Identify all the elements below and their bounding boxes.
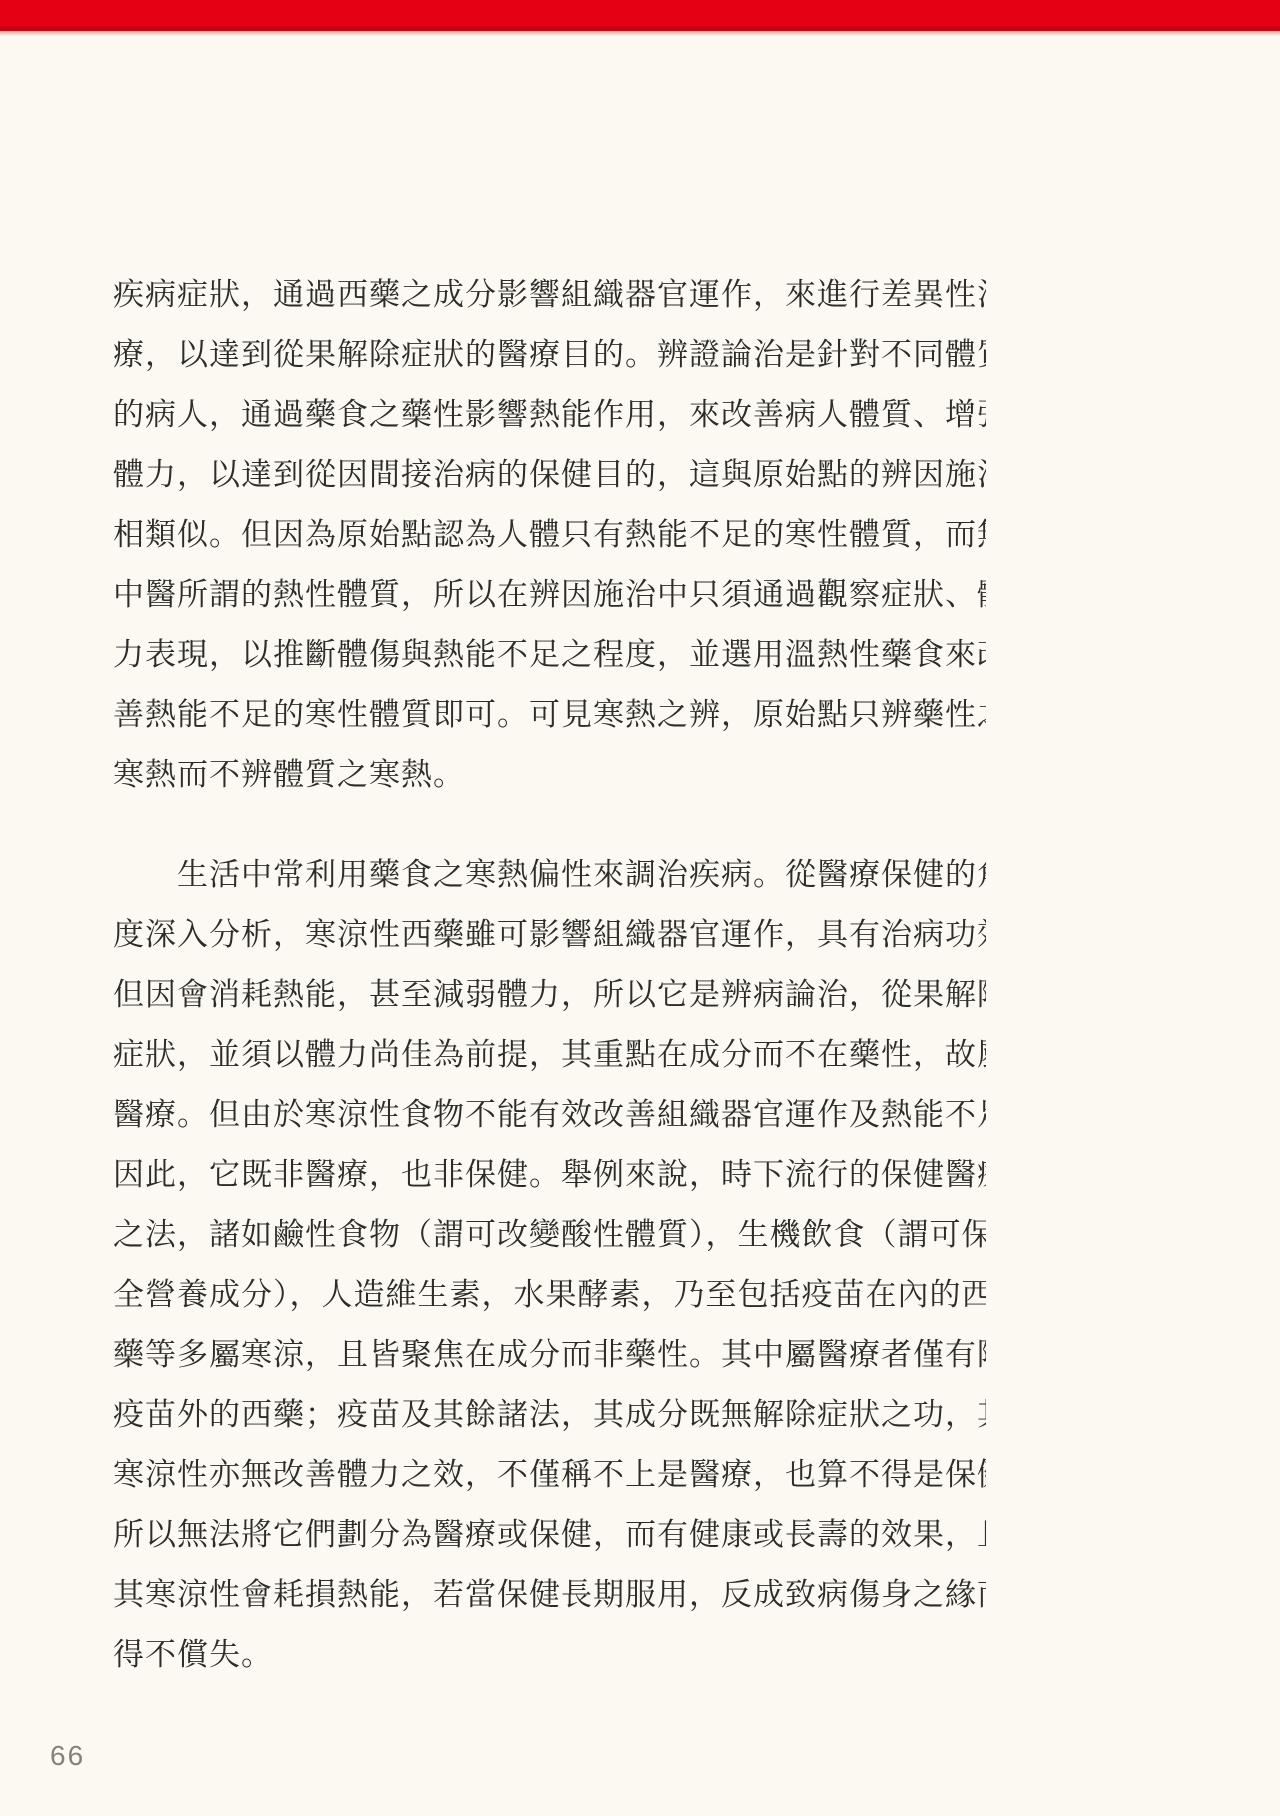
text-line: 力表現，以推斷體傷與熱能不足之程度，並選用溫熱性藥食來改 xyxy=(113,625,986,685)
text-line: 其寒涼性會耗損熱能，若當保健長期服用，反成致病傷身之緣而 xyxy=(113,1565,986,1625)
text-line: 之法，諸如鹼性食物（謂可改變酸性體質），生機飲食（謂可保 xyxy=(113,1205,986,1265)
text-line: 度深入分析，寒涼性西藥雖可影響組織器官運作，具有治病功效， xyxy=(113,905,986,965)
text-line: 得不償失。 xyxy=(113,1625,986,1685)
text-line: 但因會消耗熱能，甚至減弱體力，所以它是辨病論治，從果解除 xyxy=(113,965,986,1025)
paragraph-1: 疾病症狀，通過西藥之成分影響組織器官運作，來進行差異性治 療，以達到從果解除症狀… xyxy=(113,265,986,805)
text-line: 相類似。但因為原始點認為人體只有熱能不足的寒性體質，而無 xyxy=(113,505,986,565)
page-text-block: 疾病症狀，通過西藥之成分影響組織器官運作，來進行差異性治 療，以達到從果解除症狀… xyxy=(113,265,986,1685)
text-line: 中醫所謂的熱性體質，所以在辨因施治中只須通過觀察症狀、體 xyxy=(113,565,986,625)
text-line: 療，以達到從果解除症狀的醫療目的。辨證論治是針對不同體質 xyxy=(113,325,986,385)
text-line: 生活中常利用藥食之寒熱偏性來調治疾病。從醫療保健的角 xyxy=(113,845,986,905)
paragraph-2: 生活中常利用藥食之寒熱偏性來調治疾病。從醫療保健的角 度深入分析，寒涼性西藥雖可… xyxy=(113,845,986,1685)
text-line: 善熱能不足的寒性體質即可。可見寒熱之辨，原始點只辨藥性之 xyxy=(113,685,986,745)
text-line: 疾病症狀，通過西藥之成分影響組織器官運作，來進行差異性治 xyxy=(113,265,986,325)
text-line: 症狀，並須以體力尚佳為前提，其重點在成分而不在藥性，故屬 xyxy=(113,1025,986,1085)
text-line: 藥等多屬寒涼，且皆聚焦在成分而非藥性。其中屬醫療者僅有除 xyxy=(113,1325,986,1385)
text-line: 體力，以達到從因間接治病的保健目的，這與原始點的辨因施治 xyxy=(113,445,986,505)
text-line: 寒涼性亦無改善體力之效，不僅稱不上是醫療，也算不得是保健， xyxy=(113,1445,986,1505)
text-line: 的病人，通過藥食之藥性影響熱能作用，來改善病人體質、增強 xyxy=(113,385,986,445)
text-line: 所以無法將它們劃分為醫療或保健，而有健康或長壽的效果，且 xyxy=(113,1505,986,1565)
red-top-bar xyxy=(0,0,1280,36)
text-line: 寒熱而不辨體質之寒熱。 xyxy=(113,745,986,805)
text-line: 因此，它既非醫療，也非保健。舉例來說，時下流行的保健醫療 xyxy=(113,1145,986,1205)
text-line: 全營養成分），人造維生素，水果酵素，乃至包括疫苗在內的西 xyxy=(113,1265,986,1325)
text-line: 疫苗外的西藥；疫苗及其餘諸法，其成分既無解除症狀之功，其 xyxy=(113,1385,986,1445)
text-line: 醫療。但由於寒涼性食物不能有效改善組織器官運作及熱能不足， xyxy=(113,1085,986,1145)
page-number: 66 xyxy=(50,1736,85,1776)
